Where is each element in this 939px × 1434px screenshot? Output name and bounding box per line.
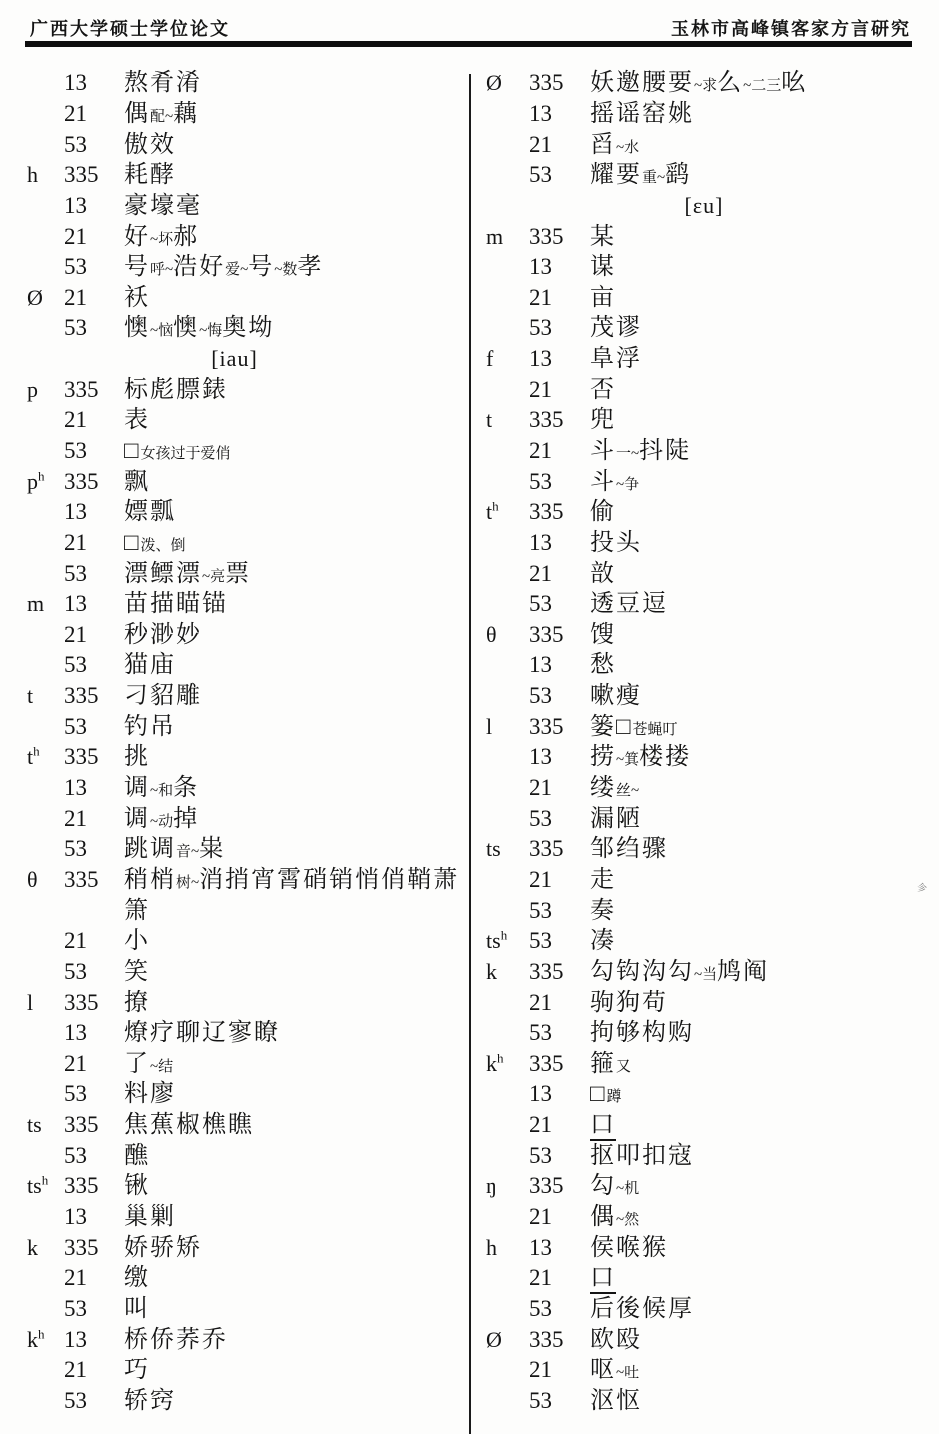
entry-row: 53斗~争 [471,466,937,497]
initial-label: k [0,1235,64,1261]
thesis-page: 广西大学硕士学位论文 玉林市高峰镇客家方言研究 13熬肴淆21偶配~藕53傲效h… [0,0,939,1434]
entry-characters: 标彪膘錶 [124,378,469,402]
entry-characters: 透豆逗 [590,592,937,616]
entry-row: 53拘够构购 [471,1018,937,1049]
annotation-text: ~恼 [150,323,173,339]
entry-row: ts335邹绉骤 [471,834,937,865]
character-text: 抖陡 [639,438,691,464]
phonology-column-right: Ø335妖邀腰要~求么~二三吆13摇谣窑姚21舀~水53耀要重~鹞[ɛu]m33… [471,68,937,1416]
character-text: 捞 [590,744,616,770]
tone-number: 53 [64,652,124,678]
tone-number: 21 [64,622,124,648]
tone-number: 21 [529,990,590,1016]
entry-row: 21口 [471,1263,937,1294]
character-text: 篓□ [590,714,633,740]
entry-row: 21亩 [471,282,937,313]
entry-row: l335撩 [0,987,469,1018]
entry-characters: 挑 [124,745,469,769]
entry-characters: 驹狗苟 [590,991,937,1015]
annotation-text: ~机 [616,1181,639,1197]
entry-characters: 苗描瞄锚 [124,592,469,616]
character-text: 谋 [590,254,616,280]
entry-characters: 侯喉猴 [590,1236,937,1260]
character-text: 舀 [590,132,616,158]
tone-number: 21 [64,806,124,832]
character-text: 某 [590,224,616,250]
entry-row: 21走 [471,865,937,896]
thesis-title-right: 玉林市高峰镇客家方言研究 [671,15,911,41]
initial-label: Ø [0,285,64,311]
annotation-text: ~吐 [616,1365,639,1381]
initial-label: th [0,744,64,770]
entry-row: 13投头 [471,528,937,559]
entry-characters: 调~动掉 [124,807,469,831]
character-text: 么 [717,70,743,96]
annotation-text: ~数 [274,262,297,278]
entry-row: k335勾钩沟勾~当鸠阄 [471,957,937,988]
entry-characters: 嫖瓢 [124,500,469,524]
entry-row: l335篓□苍蝇叮 [471,711,937,742]
entry-row: 53透豆逗 [471,589,937,620]
tone-number: 53 [529,928,590,954]
character-text: 后後候厚 [590,1296,694,1322]
entry-characters: 料廖 [124,1082,469,1106]
entry-characters: 焦蕉椒樵瞧 [124,1113,469,1137]
entry-characters: 摇谣窑姚 [590,102,937,126]
tone-number: 21 [64,1265,124,1291]
entry-row: 53轿窍 [0,1386,469,1417]
character-text: 侯喉猴 [590,1235,668,1261]
character-text: 叫 [124,1296,150,1322]
entry-characters: 舀~水 [590,133,937,157]
tone-number: 335 [64,990,124,1016]
entry-characters: 兜 [590,408,937,432]
tone-number: 21 [529,1112,590,1138]
annotation-text: 一~ [616,446,639,462]
tone-number: 13 [529,1081,590,1107]
character-text: 鸠阄 [717,959,769,985]
tone-number: 335 [529,407,590,433]
annotation-text: ~结 [150,1059,173,1075]
entry-row: h13侯喉猴 [471,1232,937,1263]
entry-row: 53跳调音~粜 [0,834,469,865]
character-text: 条 [173,775,199,801]
tone-number: 53 [529,469,590,495]
entry-characters: 叫 [124,1297,469,1321]
entry-row: Ø335欧殴 [471,1324,937,1355]
entry-characters: 斗~争 [590,470,937,494]
tone-number: 335 [64,744,124,770]
tone-number: 335 [529,836,590,862]
character-text: 秒渺妙 [124,622,202,648]
entry-characters: 飘 [124,470,469,494]
tone-number: 13 [64,499,124,525]
entry-characters: 走 [590,868,937,892]
character-text: □ [590,1081,607,1107]
initial-label: kh [471,1051,529,1077]
tone-number: 335 [529,1051,590,1077]
character-text: 巧 [124,1357,150,1383]
tone-number: 13 [64,775,124,801]
entry-characters: 轿窍 [124,1389,469,1413]
entry-characters: 抠叩扣寇 [590,1144,937,1168]
annotation-text: 音~ [176,844,199,860]
entry-characters: 桥侨荞乔 [124,1328,469,1352]
entry-characters: 缴 [124,1266,469,1290]
entry-characters: 嗽瘦 [590,684,937,708]
entry-row: 21呕~吐 [471,1355,937,1386]
entry-characters: 馊 [590,623,937,647]
entry-row: 53叫 [0,1294,469,1325]
character-text: □ [124,530,141,556]
entry-row: 13嫖瓢 [0,497,469,528]
tone-number: 53 [529,1143,590,1169]
entry-characters: 漂鳔漂~亮票 [124,562,469,586]
entry-row: tsh53凑 [471,926,937,957]
character-text: 表 [124,407,150,433]
entry-characters: 凑 [590,929,937,953]
character-text: 妖邀腰要 [590,70,694,96]
tone-number: 21 [529,1357,590,1383]
tone-number: 53 [64,1081,124,1107]
entry-row: f13阜浮 [471,344,937,375]
initial-label: ph [0,469,64,495]
character-text: 飘 [124,469,150,495]
character-text: 嫖瓢 [124,499,176,525]
tone-number: 335 [64,1173,124,1199]
entry-row: 21了~结 [0,1049,469,1080]
entry-row: 53□女孩过于爱俏 [0,436,469,467]
tone-number: 335 [64,162,124,188]
annotation-text: 呼~ [150,262,173,278]
entry-row: 53傲效 [0,129,469,160]
annotation-text: ~二三 [743,78,781,94]
tone-number: 335 [529,714,590,740]
tone-number: 21 [529,561,590,587]
character-text: 邹绉骤 [590,836,668,862]
character-text: 沤怄 [590,1388,642,1414]
entry-characters: 口 [590,1113,937,1137]
underlined-character: 口 [590,1112,616,1141]
character-text: 轿窍 [124,1388,176,1414]
entry-characters: 号呼~浩好爱~号~数孝 [124,255,469,279]
initial-label: f [471,346,529,372]
annotation-text: ~争 [616,477,639,493]
entry-row: 21舀~水 [471,129,937,160]
character-text: 调 [124,775,150,801]
character-text: 欧殴 [590,1327,642,1353]
initial-label: Ø [471,1327,529,1353]
character-text: 吆 [781,70,807,96]
tone-number: 13 [529,101,590,127]
character-text: 鹞 [665,162,691,188]
entry-row: ŋ335勾~机 [471,1171,937,1202]
tone-number: 53 [64,1388,124,1414]
tone-number: 335 [529,1327,590,1353]
entry-row: 53嗽瘦 [471,681,937,712]
character-text: 嗽瘦 [590,683,642,709]
character-text: 调 [124,806,150,832]
character-text: 勾 [590,1173,616,1199]
character-text: 斗 [590,438,616,464]
character-text: 凑 [590,928,616,954]
entry-characters: 锹 [124,1174,469,1198]
entry-characters: 耀要重~鹞 [590,163,937,187]
tone-number: 53 [64,561,124,587]
entry-row: t335兜 [471,405,937,436]
entry-row: θ335稍梢树~消捎宵霄硝销悄俏鞘萧 [0,865,469,896]
initial-label: h [471,1235,529,1261]
tone-number: 53 [529,162,590,188]
entry-characters: □女孩过于爱俏 [124,439,469,463]
character-text: 浩好 [173,254,225,280]
entry-row: ts335焦蕉椒樵瞧 [0,1110,469,1141]
initial-label: l [0,990,64,1016]
entry-row: 21口 [471,1110,937,1141]
tone-number: 21 [529,285,590,311]
entry-characters: 袄 [124,286,469,310]
entry-characters: 撩 [124,991,469,1015]
entry-characters: 愁 [590,653,937,677]
initial-label: kh [0,1327,64,1353]
entry-row: th335偷 [471,497,937,528]
entry-characters: 斗一~抖陡 [590,439,937,463]
initial-label: t [471,407,529,433]
entry-row: tsh335锹 [0,1171,469,1202]
entry-row: 53后後候厚 [471,1294,937,1325]
entry-characters: 偶~然 [590,1205,937,1229]
initial-label: h [0,162,64,188]
initial-label: tsh [0,1173,64,1199]
entry-characters: 妖邀腰要~求么~二三吆 [590,71,937,95]
entry-row: 53料廖 [0,1079,469,1110]
entry-row: 13愁 [471,650,937,681]
entry-row: 53抠叩扣寇 [471,1140,937,1171]
initial-label: t [0,683,64,709]
tone-number: 335 [64,469,124,495]
character-text: 斗 [590,469,616,495]
tone-number: 53 [64,254,124,280]
character-text: 驹狗苟 [590,990,668,1016]
initial-label: th [471,499,529,525]
tone-number: 53 [64,315,124,341]
entry-characters: 茂谬 [590,316,937,340]
character-text: 袄 [124,285,150,311]
underlined-character: 口 [590,1265,616,1294]
character-text: 奥坳 [222,315,274,341]
character-text: 呕 [590,1357,616,1383]
character-text: 料廖 [124,1081,176,1107]
character-text: 否 [590,377,616,403]
tone-number: 335 [529,224,590,250]
annotation-text: ~然 [616,1212,639,1228]
entry-continuation-row: 箫 [0,895,469,926]
entry-characters: 跳调音~粜 [124,837,469,861]
character-text: 标彪膘錶 [124,377,228,403]
entry-row: 21巧 [0,1355,469,1386]
entry-characters: 巧 [124,1358,469,1382]
tone-number: 13 [529,254,590,280]
annotation-text: ~坏 [150,232,173,248]
entry-row: 21缴 [0,1263,469,1294]
entry-characters: 奏 [590,899,937,923]
tone-number: 335 [529,622,590,648]
character-text: 郝 [173,224,199,250]
character-text: 掉 [173,806,199,832]
entry-row: 53醮 [0,1140,469,1171]
entry-row: 21好~坏郝 [0,221,469,252]
entry-characters: 了~结 [124,1052,469,1076]
entry-characters: 调~和条 [124,776,469,800]
entry-row: 53耀要重~鹞 [471,160,937,191]
entry-characters: 沤怄 [590,1389,937,1413]
entry-row: 53猫庙 [0,650,469,681]
tone-number: 13 [64,591,124,617]
entry-row: 53茂谬 [471,313,937,344]
initial-label: m [0,591,64,617]
character-text: 号 [124,254,150,280]
character-text: 亩 [590,285,616,311]
entry-row: 21斗一~抖陡 [471,436,937,467]
entry-row: 53笑 [0,957,469,988]
character-text: 娇骄矫 [124,1235,202,1261]
entry-characters: 娇骄矫 [124,1236,469,1260]
annotation-text: 丝~ [616,783,639,799]
tone-number: 53 [529,1388,590,1414]
tone-number: 13 [64,1020,124,1046]
tone-number: 13 [64,1327,124,1353]
annotation-text: 配~ [150,109,173,125]
tone-number: 21 [64,1357,124,1383]
tone-number: 21 [64,285,124,311]
character-text: 勾钩沟勾 [590,959,694,985]
initial-label: ts [0,1112,64,1138]
tone-number: 335 [529,959,590,985]
entry-characters: 巢剿 [124,1205,469,1229]
character-text: 走 [590,867,616,893]
initial-label: tsh [471,928,529,954]
initial-label: θ [0,867,64,893]
tone-number: 53 [64,714,124,740]
tone-number: 53 [64,1143,124,1169]
tone-number: 335 [64,377,124,403]
tone-number: 53 [529,1020,590,1046]
entry-characters: 表 [124,408,469,432]
character-text: 箫 [124,898,150,924]
entry-row: Ø21袄 [0,282,469,313]
entry-row: 13豪壕毫 [0,191,469,222]
entry-characters: 耗酵 [124,163,469,187]
tone-number: 13 [64,70,124,96]
annotation-text: 爱~ [225,262,248,278]
annotation-text: 蹲 [607,1089,622,1105]
entry-row: 13摇谣窑姚 [471,99,937,130]
initial-label: k [471,959,529,985]
tone-number: 21 [64,224,124,250]
tone-number: 335 [529,70,590,96]
entry-row: 53号呼~浩好爱~号~数孝 [0,252,469,283]
character-text: 号 [248,254,274,280]
vowel-section-row: [ɛu] [471,191,937,222]
character-text: 愁 [590,652,616,678]
entry-row: h335耗酵 [0,160,469,191]
entry-row: 21秒渺妙 [0,620,469,651]
entry-characters: 醮 [124,1144,469,1168]
annotation-text: ~悔 [199,323,222,339]
character-text: 小 [124,928,150,954]
character-text: 缴 [124,1265,150,1291]
character-text: 漏陋 [590,806,642,832]
tone-number: 335 [64,683,124,709]
initial-label: l [471,714,529,740]
entry-characters: 小 [124,929,469,953]
vowel-section-heading: [ɛu] [471,193,937,219]
character-text: 苗描瞄锚 [124,591,228,617]
entry-row: 53漏陋 [471,803,937,834]
entry-characters: 钓吊 [124,715,469,739]
tone-number: 21 [529,132,590,158]
entry-row: kh335箍又 [471,1049,937,1080]
annotation-text: ~当 [694,967,717,983]
entry-characters: 某 [590,225,937,249]
entry-row: 53钓吊 [0,711,469,742]
initial-label: ŋ [471,1173,529,1199]
tone-number: 335 [64,867,124,893]
character-text: □ [124,438,141,464]
vowel-section-row: [iau] [0,344,469,375]
tone-number: 21 [64,928,124,954]
character-text: 挑 [124,744,150,770]
entry-characters: 亩 [590,286,937,310]
tone-number: 53 [64,836,124,862]
character-text: 锹 [124,1173,150,1199]
entry-row: 13巢剿 [0,1202,469,1233]
tone-number: 335 [64,1112,124,1138]
character-text: 漂鳔漂 [124,561,202,587]
tone-number: 13 [64,193,124,219]
character-text: 楼搂 [639,744,691,770]
tone-number: 335 [64,1235,124,1261]
entry-characters: 投头 [590,531,937,555]
character-text: 焦蕉椒樵瞧 [124,1112,254,1138]
character-text: 傲效 [124,132,176,158]
entry-row: 13谋 [471,252,937,283]
entry-row: 21偶配~藕 [0,99,469,130]
annotation-text: 又 [616,1059,631,1075]
tone-number: 53 [529,806,590,832]
annotation-text: ~动 [150,814,173,830]
tone-number: 13 [529,744,590,770]
character-text: 偶 [124,101,150,127]
tone-number: 53 [64,959,124,985]
entry-row: 13熬肴淆 [0,68,469,99]
entry-row: 21调~动掉 [0,803,469,834]
entry-characters: 箫 [124,899,469,923]
tone-number: 21 [529,775,590,801]
entry-row: θ335馊 [471,620,937,651]
entry-row: 21缕丝~ [471,773,937,804]
entry-row: 21□泼、倒 [0,528,469,559]
entry-row: ph335飘 [0,466,469,497]
entry-row: 21否 [471,374,937,405]
entry-row: m335某 [471,221,937,252]
thesis-title-left: 广西大学硕士学位论文 [30,15,230,41]
tone-number: 53 [529,1296,590,1322]
entry-characters: 漏陋 [590,807,937,831]
entry-row: 21表 [0,405,469,436]
tone-number: 21 [529,1204,590,1230]
character-text: 偶 [590,1204,616,1230]
